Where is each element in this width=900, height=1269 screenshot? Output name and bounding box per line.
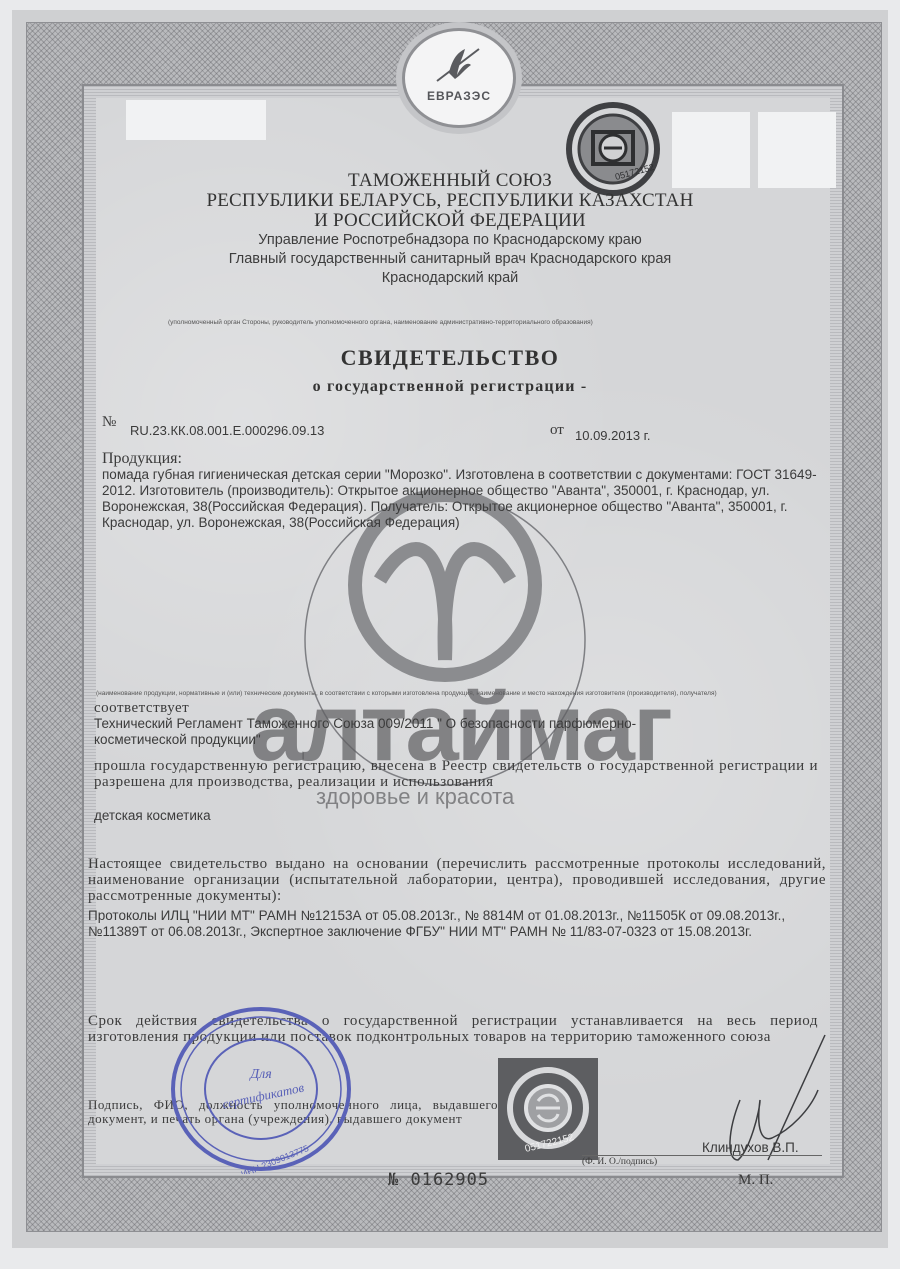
basis-statement: Настоящее свидетельство выдано на основа…	[88, 856, 826, 904]
registration-number: RU.23.КК.08.001.Е.000296.09.13	[130, 423, 324, 438]
svg-text:сертификатов: сертификатов	[221, 1080, 306, 1112]
form-number: № 0162905	[388, 1170, 489, 1190]
product-label: Продукция:	[102, 450, 182, 468]
authority-line3: Краснодарский край	[0, 270, 900, 286]
basis-protocols: Протоколы ИЛЦ "НИИ МТ" РАМН №12153А от 0…	[88, 908, 826, 940]
redacted-area-left	[126, 100, 266, 140]
signature-line	[582, 1155, 822, 1156]
authority-line2: Главный государственный санитарный врач …	[0, 251, 900, 267]
seal-place-mark: М. П.	[738, 1172, 773, 1189]
union-title-line2: РЕСПУБЛИКИ БЕЛАРУСЬ, РЕСПУБЛИКИ КАЗАХСТА…	[0, 190, 900, 212]
hologram-sticker: 051722152	[498, 1058, 598, 1160]
authority-line1: Управление Роспотребнадзора по Краснодар…	[0, 232, 900, 248]
date-prefix: от	[550, 422, 564, 439]
svg-text:051722152: 051722152	[524, 1132, 576, 1155]
signer-caption: (Ф. И. О./подпись)	[582, 1157, 657, 1167]
product-description: помада губная гигиеническая детская сери…	[102, 467, 828, 531]
emblem-label: ЕВРАЗЭС	[405, 89, 513, 103]
technical-regulation: Технический Регламент Таможенного Союза …	[94, 716, 654, 748]
document-title: СВИДЕТЕЛЬСТВО	[0, 345, 900, 371]
document-subtitle: о государственной регистрации -	[0, 378, 900, 396]
organization-stamp-icon: Для сертификатов ИНН 2309013775	[166, 1004, 356, 1174]
union-title-line3: И РОССИЙСКОЙ ФЕДЕРАЦИИ	[0, 210, 900, 232]
signer-name: Клиндухов В.П.	[702, 1140, 799, 1155]
eurasec-emblem: ЕВРАЗЭС	[402, 28, 516, 128]
hologram-sticker-icon: 051722152	[498, 1058, 598, 1160]
registration-date: 10.09.2013 г.	[575, 428, 650, 443]
eurasec-bird-icon	[435, 45, 483, 85]
number-prefix: №	[102, 414, 116, 431]
union-title-line1: ТАМОЖЕННЫЙ СОЮЗ	[0, 170, 900, 192]
usage-area: детская косметика	[94, 808, 211, 824]
authority-caption: (уполномоченный орган Стороны, руководит…	[168, 319, 593, 326]
svg-text:Для: Для	[248, 1067, 272, 1082]
registration-statement: прошла государственную регистрацию, внес…	[94, 758, 818, 790]
conformity-label: соответствует	[94, 700, 189, 717]
